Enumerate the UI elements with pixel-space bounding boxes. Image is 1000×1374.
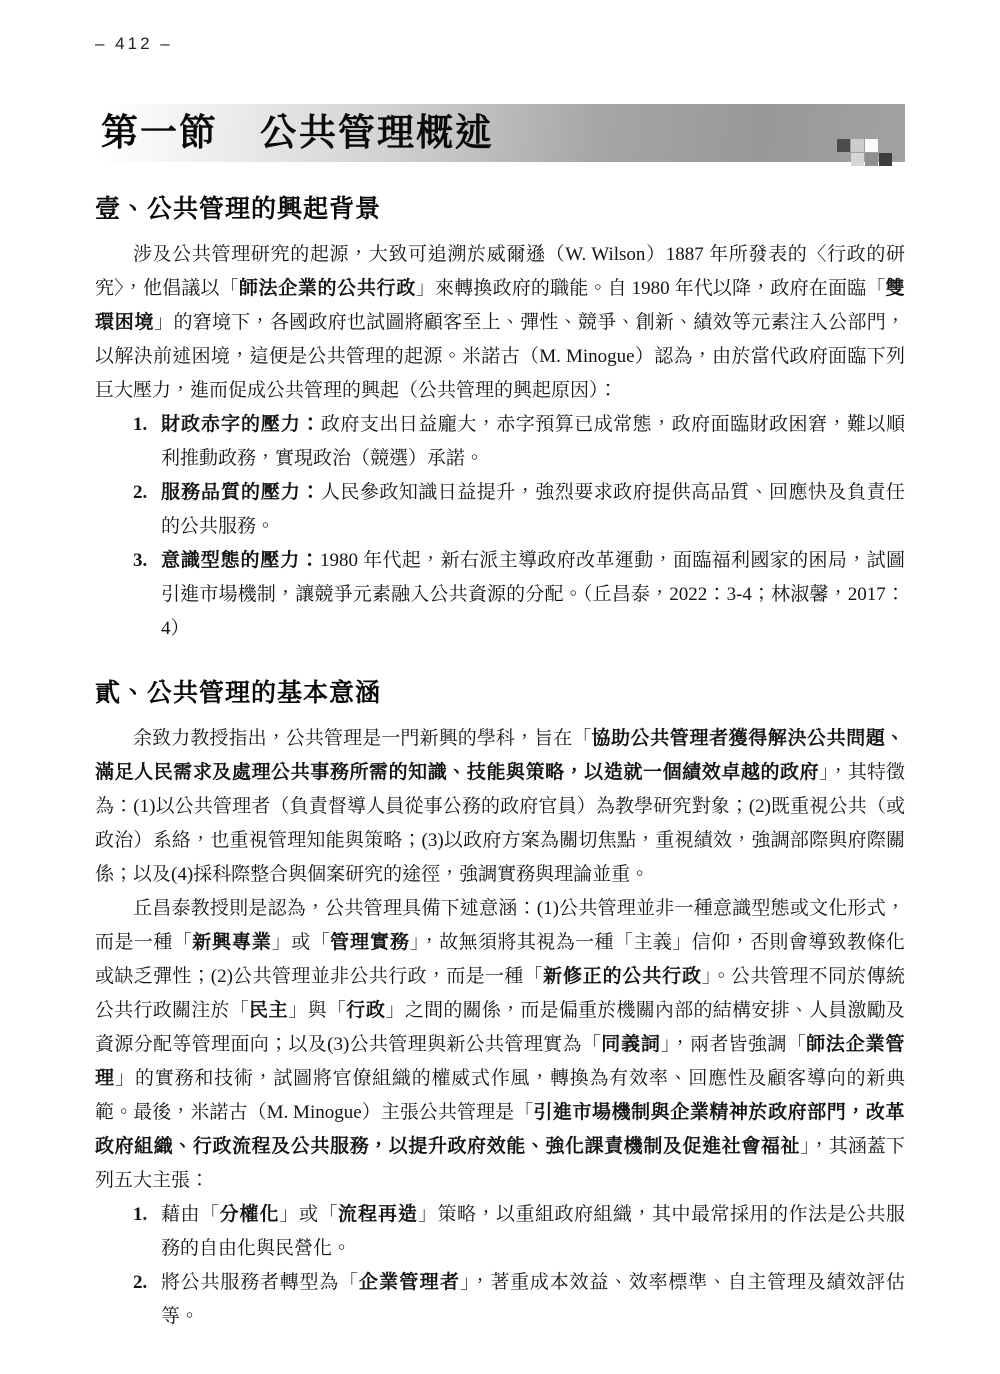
- numbered-list: 1.藉由「分權化」或「流程再造」策略，以重組政府組織，其中最常採用的作法是公共服…: [95, 1198, 905, 1334]
- emphasis-text: 同義詞: [601, 1034, 661, 1055]
- paragraph: 丘昌泰教授則是認為，公共管理具備下述意涵：(1)公共管理並非一種意識型態或文化形…: [95, 892, 905, 1198]
- body-text: 」，兩者皆強調「: [661, 1034, 806, 1055]
- body-text: 藉由「: [161, 1204, 220, 1225]
- emphasis-text: 新修正的公共行政: [543, 966, 702, 987]
- emphasis-text: 分權化: [220, 1204, 280, 1225]
- emphasis-text: 意識型態的壓力：: [161, 550, 320, 571]
- list-item-number: 1.: [133, 408, 147, 442]
- list-item-number: 2.: [133, 1266, 147, 1300]
- list-item-number: 1.: [133, 1198, 147, 1232]
- section-title-bar: 第一節 公共管理概述: [95, 104, 905, 162]
- body-text: 」或「: [280, 1204, 339, 1225]
- emphasis-text: 企業管理者: [359, 1272, 460, 1293]
- pixel-square: [851, 139, 864, 152]
- paragraph: 余致力教授指出，公共管理是一門新興的學科，旨在「協助公共管理者獲得解決公共問題、…: [95, 722, 905, 892]
- list-item: 2.服務品質的壓力：人民參政知識日益提升，強烈要求政府提供高品質、回應快及負責任…: [95, 476, 905, 544]
- body-text: 」來轉換政府的職能。自 1980 年代以降，政府在面臨「: [416, 278, 886, 299]
- paragraph: 涉及公共管理研究的起源，大致可追溯於威爾遜（W. Wilson）1887 年所發…: [95, 238, 905, 408]
- list-item: 1.藉由「分權化」或「流程再造」策略，以重組政府組織，其中最常採用的作法是公共服…: [95, 1198, 905, 1266]
- body-text: 」的窘境下，各國政府也試圖將顧客至上、彈性、競爭、創新、績效等元素注入公部門，以…: [95, 312, 905, 401]
- section-heading: 壹、公共管理的興起背景: [95, 189, 905, 225]
- emphasis-text: 行政: [346, 1000, 385, 1021]
- body-text: 」與「: [288, 1000, 346, 1021]
- emphasis-text: 流程再造: [338, 1204, 418, 1225]
- pixel-squares-icon: [837, 139, 893, 167]
- section-heading: 貳、公共管理的基本意涵: [95, 673, 905, 709]
- numbered-list: 1.財政赤字的壓力：政府支出日益龐大，赤字預算已成常態，政府面臨財政困窘，難以順…: [95, 408, 905, 646]
- emphasis-text: 民主: [249, 1000, 288, 1021]
- body-text: 」或「: [272, 932, 330, 953]
- emphasis-text: 財政赤字的壓力：: [161, 414, 321, 435]
- body-text: 余致力教授指出，公共管理是一門新興的學科，旨在「: [133, 728, 591, 749]
- emphasis-text: 師法企業的公共行政: [239, 278, 416, 299]
- pixel-square: [851, 153, 864, 166]
- emphasis-text: 新興專業: [192, 932, 272, 953]
- list-item-number: 2.: [133, 476, 147, 510]
- article-body: 壹、公共管理的興起背景涉及公共管理研究的起源，大致可追溯於威爾遜（W. Wils…: [95, 189, 905, 1334]
- list-item: 1.財政赤字的壓力：政府支出日益龐大，赤字預算已成常態，政府面臨財政困窘，難以順…: [95, 408, 905, 476]
- pixel-square: [865, 139, 878, 152]
- section-title: 公共管理概述: [260, 115, 494, 152]
- emphasis-text: 管理實務: [330, 932, 410, 953]
- pixel-square: [865, 153, 878, 166]
- list-item-number: 3.: [133, 544, 147, 578]
- pixel-square: [879, 153, 892, 166]
- emphasis-text: 服務品質的壓力：: [161, 482, 321, 503]
- body-text: 將公共服務者轉型為「: [161, 1272, 359, 1293]
- list-item: 2.將公共服務者轉型為「企業管理者」，著重成本效益、效率標準、自主管理及績效評估…: [95, 1266, 905, 1334]
- pixel-square: [837, 139, 850, 152]
- document-page: – 412 – 第一節 公共管理概述 壹、公共管理的興起背景涉及公共管理研究的起…: [0, 0, 1000, 1374]
- page-number: – 412 –: [95, 34, 905, 54]
- section-number-label: 第一節: [101, 115, 218, 152]
- list-item: 3.意識型態的壓力：1980 年代起，新右派主導政府改革運動，面臨福利國家的困局…: [95, 544, 905, 646]
